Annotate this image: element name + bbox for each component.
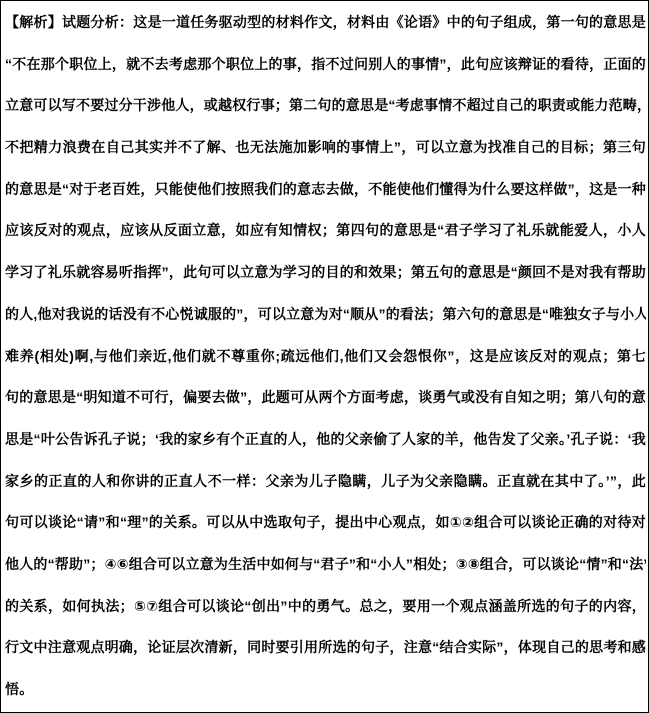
text-line: 应该反对的观点，应该从反面立意，如应有知情权；第四句的意思是“君子学习了礼乐就能…	[5, 210, 646, 252]
text-line: “不在那个职位上，就不去考虑那个职位上的事，指不过问别人的事情”，此句应该辩证的…	[5, 44, 646, 86]
text-line: 家乡的正直的人和你讲的正直人不一样：父亲为儿子隐瞒，儿子为父亲隐瞒。正直就在其中…	[5, 461, 646, 503]
text-line: 句的意思是“明知道不可行，偏要去做”，此题可从两个方面考虑，谈勇气或没有自知之明…	[5, 377, 646, 419]
analysis-text-box: 【解析】试题分析：这是一道任务驱动型的材料作文，材料由《论语》中的句子组成，第一…	[0, 0, 649, 713]
text-line: 的意思是“对于老百姓，只能使他们按照我们的意志去做，不能使他们懂得为什么要这样做…	[5, 169, 646, 211]
text-line: 他人的“帮助”；④⑥组合可以立意为生活中如何与“君子”和“小人”相处；③⑧组合，…	[5, 544, 646, 586]
text-line: 学习了礼乐就容易听指挥”，此句可以立意为学习的目的和效果；第五句的意思是“颜回不…	[5, 252, 646, 294]
text-line: 的关系，如何执法；⑤⑦组合可以谈论“创出”中的勇气。总之，要用一个观点涵盖所选的…	[5, 586, 646, 628]
text-line: 【解析】试题分析：这是一道任务驱动型的材料作文，材料由《论语》中的句子组成，第一…	[5, 2, 646, 44]
text-line: 悟。	[5, 669, 646, 711]
text-line: 的人,他对我说的话没有不心悦诚服的”，可以立意为对“顺从”的看法；第六句的意思是…	[5, 294, 646, 336]
text-line: 句可以谈论“请”和“理”的关系。可以从中选取句子，提出中心观点，如①②组合可以谈…	[5, 502, 646, 544]
text-line: 立意可以写不要过分干涉他人，或越权行事；第二句的意思是“考虑事情不超过自己的职责…	[5, 85, 646, 127]
text-line: 行文中注意观点明确，论证层次清新，同时要引用所选的句子，注意“结合实际”，体现自…	[5, 627, 646, 669]
text-line: 不把精力浪费在自己其实并不了解、也无法施加影响的事情上”，可以立意为找准自己的目…	[5, 127, 646, 169]
text-line: 思是“叶公告诉孔子说；‘我的家乡有个正直的人，他的父亲偷了人家的羊，他告发了父亲…	[5, 419, 646, 461]
text-line: 难养(相处)啊,与他们亲近,他们就不尊重你;疏远他们,他们又会怨恨你”，这是应该…	[5, 336, 646, 378]
